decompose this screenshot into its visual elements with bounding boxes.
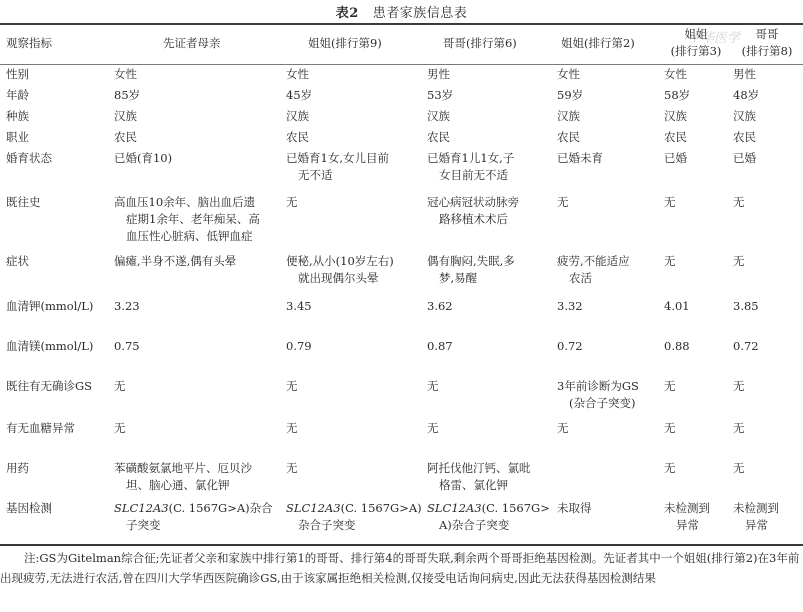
cell-line: 异常 <box>664 517 710 534</box>
cell-line: 汉族 <box>286 108 309 125</box>
table-cell: 3.45 <box>286 298 312 315</box>
cell-line: 农民 <box>557 129 580 146</box>
table-cell: 已婚未育 <box>557 150 603 167</box>
table-cell: 已婚 <box>733 150 756 167</box>
table-cell: 0.79 <box>286 338 312 355</box>
table-cell: SLC12A3(C. 1567G>A)杂合子突变 <box>286 500 422 534</box>
table-cell: 0.72 <box>557 338 583 355</box>
cell-line: 汉族 <box>664 108 687 125</box>
table-cell: 无 <box>557 420 569 437</box>
cell-line: 女性 <box>557 66 580 83</box>
cell-line: 无 <box>427 378 439 395</box>
cell-line: 苯磺酸氨氯地平片、厄贝沙 <box>114 460 252 477</box>
variant-text: (C. 1567G>A) <box>341 501 422 515</box>
cell-line: 已婚(育10) <box>114 150 172 167</box>
table-cell: 已婚育1女,女儿目前无不适 <box>286 150 389 184</box>
table-cell: 无 <box>664 194 676 211</box>
cell-line: 无 <box>286 194 298 211</box>
cell-line: 3.85 <box>733 298 759 315</box>
table-cell: 无 <box>286 420 298 437</box>
cell-line: 症期1余年、老年痴呆、高 <box>114 211 260 228</box>
row-label: 血清镁(mmol/L) <box>6 338 93 355</box>
cell-line: A)杂合子突变 <box>427 517 550 534</box>
cell-line: 无 <box>664 460 676 477</box>
table-cell: 汉族 <box>733 108 756 125</box>
table-cell: 偶有胸闷,失眠,多梦,易醒 <box>427 253 515 287</box>
header-brother-6: 哥哥(排行第6) <box>443 35 517 52</box>
cell-line: 未检测到 <box>733 500 779 517</box>
table-cell: 无 <box>114 378 126 395</box>
variant-text: (C. 1567G> <box>482 501 550 515</box>
cell-line: 4.01 <box>664 298 690 315</box>
cell-line: 3.32 <box>557 298 583 315</box>
table-cell: 高血压10余年、脑出血后遗症期1余年、老年痴呆、高血压性心脏病、低钾血症 <box>114 194 260 245</box>
header-rule <box>0 64 803 65</box>
cell-line: 3.23 <box>114 298 140 315</box>
table-note: 注:GS为Gitelman综合征;先证者父亲和家族中排行第1的哥哥、排行第4的哥… <box>0 548 803 588</box>
cell-line: 异常 <box>733 517 779 534</box>
cell-line: 无 <box>114 420 126 437</box>
cell-line: 农民 <box>114 129 137 146</box>
cell-line: 0.79 <box>286 338 312 355</box>
cell-line: 女性 <box>114 66 137 83</box>
cell-line: 偏瘫,半身不遂,偶有头晕 <box>114 253 236 270</box>
cell-line: 女性 <box>664 66 687 83</box>
table-cell: 女性 <box>557 66 580 83</box>
header-brother-8-line2: (排行第8) <box>731 43 803 60</box>
table-cell: 未检测到异常 <box>664 500 710 534</box>
cell-line: 未检测到 <box>664 500 710 517</box>
table-cell: 无 <box>286 460 298 477</box>
cell-line: 就出现偶尔头晕 <box>286 270 394 287</box>
row-label: 年龄 <box>6 87 29 104</box>
cell-line: (杂合子突变) <box>557 395 639 412</box>
row-label: 基因检测 <box>6 500 52 517</box>
cell-line: 已婚未育 <box>557 150 603 167</box>
cell-line: 便秘,从小(10岁左右) <box>286 253 394 270</box>
table-cell: 冠心病冠状动脉旁路移植术术后 <box>427 194 519 228</box>
table-cell: SLC12A3(C. 1567G>A)杂合子突变 <box>114 500 273 534</box>
cell-line: 无 <box>733 420 745 437</box>
gene-name: SLC12A3 <box>286 501 341 515</box>
cell-line: 无 <box>427 420 439 437</box>
header-sister-3: 姐姐 (排行第3) <box>660 26 732 60</box>
table-caption: 表2患者家族信息表 <box>0 2 803 21</box>
cell-line: 已婚育1女,女儿目前 <box>286 150 389 167</box>
table-cell: 53岁 <box>427 87 453 104</box>
row-label: 有无血糖异常 <box>6 420 75 437</box>
cell-line: 血压性心脏病、低钾血症 <box>114 228 260 245</box>
header-brother-8: 哥哥 (排行第8) <box>731 26 803 60</box>
cell-line: 坦、脑心通、氯化钾 <box>114 477 252 494</box>
row-label: 既往史 <box>6 194 41 211</box>
cell-line: 杂合子突变 <box>286 517 422 534</box>
cell-line: 无 <box>733 194 745 211</box>
cell-line: 59岁 <box>557 87 583 104</box>
cell-line: SLC12A3(C. 1567G>A)杂合 <box>114 500 273 517</box>
table-cell: 便秘,从小(10岁左右)就出现偶尔头晕 <box>286 253 394 287</box>
cell-line: 0.72 <box>557 338 583 355</box>
table-cell: 3.32 <box>557 298 583 315</box>
cell-line: 无 <box>557 194 569 211</box>
table-cell: 汉族 <box>557 108 580 125</box>
table-cell: 3年前诊断为GS(杂合子突变) <box>557 378 639 412</box>
table-cell: 3.23 <box>114 298 140 315</box>
gene-name: SLC12A3 <box>427 501 482 515</box>
header-sister-3-line1: 姐姐 <box>660 26 732 43</box>
table-cell: 无 <box>664 420 676 437</box>
table-cell: 无 <box>557 194 569 211</box>
cell-line: 男性 <box>733 66 756 83</box>
table-cell: 阿托伐他汀钙、氯吡格雷、氯化钾 <box>427 460 531 494</box>
cell-line: 无 <box>286 460 298 477</box>
cell-line: 0.88 <box>664 338 690 355</box>
cell-line: 已婚 <box>733 150 756 167</box>
cell-line: 女性 <box>286 66 309 83</box>
table-cell: 汉族 <box>114 108 137 125</box>
cell-line: 85岁 <box>114 87 140 104</box>
table-cell: 45岁 <box>286 87 312 104</box>
table-cell: 女性 <box>114 66 137 83</box>
table-cell: 偏瘫,半身不遂,偶有头晕 <box>114 253 236 270</box>
cell-line: 汉族 <box>114 108 137 125</box>
cell-line: 未取得 <box>557 500 592 517</box>
table-cell: 农民 <box>286 129 309 146</box>
table-cell: 已婚育1儿1女,子女目前无不适 <box>427 150 514 184</box>
table-cell: 85岁 <box>114 87 140 104</box>
header-brother-8-line1: 哥哥 <box>731 26 803 43</box>
table-cell: 无 <box>733 420 745 437</box>
table-cell: 无 <box>664 253 676 270</box>
cell-line: 3.62 <box>427 298 453 315</box>
table-cell: 男性 <box>733 66 756 83</box>
cell-line: 汉族 <box>427 108 450 125</box>
cell-line: 阿托伐他汀钙、氯吡 <box>427 460 531 477</box>
row-label: 症状 <box>6 253 29 270</box>
table-cell: 48岁 <box>733 87 759 104</box>
table-cell: 无 <box>733 378 745 395</box>
cell-line: 3年前诊断为GS <box>557 378 639 395</box>
table-cell: 农民 <box>733 129 756 146</box>
cell-line: 无 <box>664 420 676 437</box>
cell-line: 汉族 <box>557 108 580 125</box>
table-cell: 无 <box>733 194 745 211</box>
table-cell: 无 <box>286 378 298 395</box>
table-cell: 无 <box>427 420 439 437</box>
cell-line: 女目前无不适 <box>427 167 514 184</box>
cell-line: 梦,易醒 <box>427 270 515 287</box>
row-label: 用药 <box>6 460 29 477</box>
table-cell: 0.88 <box>664 338 690 355</box>
header-sister-2: 姐姐(排行第2) <box>561 35 635 52</box>
header-indicator: 观察指标 <box>6 35 52 52</box>
table-cell: SLC12A3(C. 1567G>A)杂合子突变 <box>427 500 550 534</box>
table-cell: 已婚(育10) <box>114 150 172 167</box>
row-label: 既往有无确诊GS <box>6 378 92 395</box>
cell-line: 无 <box>114 378 126 395</box>
cell-line: 冠心病冠状动脉旁 <box>427 194 519 211</box>
table-cell: 59岁 <box>557 87 583 104</box>
cell-line: 0.72 <box>733 338 759 355</box>
row-label: 性别 <box>6 66 29 83</box>
table-cell: 汉族 <box>664 108 687 125</box>
header-sister-3-line2: (排行第3) <box>660 43 732 60</box>
cell-line: 无 <box>286 378 298 395</box>
cell-line: 已婚 <box>664 150 687 167</box>
table-cell: 农民 <box>664 129 687 146</box>
cell-line: 无 <box>733 460 745 477</box>
table-cell: 男性 <box>427 66 450 83</box>
table-cell: 农民 <box>557 129 580 146</box>
cell-line: 无 <box>733 378 745 395</box>
table-cell: 无 <box>664 460 676 477</box>
top-rule <box>0 23 803 25</box>
cell-line: 偶有胸闷,失眠,多 <box>427 253 515 270</box>
cell-line: 农民 <box>286 129 309 146</box>
cell-line: 农活 <box>557 270 630 287</box>
table-cell: 3.85 <box>733 298 759 315</box>
cell-line: 无 <box>664 253 676 270</box>
table-cell: 未检测到异常 <box>733 500 779 534</box>
table-cell: 农民 <box>114 129 137 146</box>
cell-line: 路移植术术后 <box>427 211 519 228</box>
cell-line: 子突变 <box>114 517 273 534</box>
row-label: 种族 <box>6 108 29 125</box>
gene-name: SLC12A3 <box>114 501 169 515</box>
table-cell: 0.87 <box>427 338 453 355</box>
table-cell: 58岁 <box>664 87 690 104</box>
table-number: 表2 <box>336 6 359 21</box>
row-label: 血清钾(mmol/L) <box>6 298 93 315</box>
bottom-rule <box>0 544 803 546</box>
cell-line: 疲劳,不能适应 <box>557 253 630 270</box>
table-cell: 无 <box>427 378 439 395</box>
table-title: 患者家族信息表 <box>373 6 468 21</box>
table-cell: 汉族 <box>427 108 450 125</box>
table-cell: 汉族 <box>286 108 309 125</box>
cell-line: 无 <box>557 420 569 437</box>
table-cell: 女性 <box>664 66 687 83</box>
table-cell: 疲劳,不能适应农活 <box>557 253 630 287</box>
cell-line: 无 <box>664 194 676 211</box>
header-mother: 先证者母亲 <box>163 35 221 52</box>
cell-line: 无 <box>733 253 745 270</box>
cell-line: 农民 <box>733 129 756 146</box>
cell-line: 农民 <box>664 129 687 146</box>
cell-line: 0.87 <box>427 338 453 355</box>
cell-line: 无 <box>664 378 676 395</box>
cell-line: 0.75 <box>114 338 140 355</box>
table-cell: 4.01 <box>664 298 690 315</box>
cell-line: SLC12A3(C. 1567G> <box>427 500 550 517</box>
cell-line: 男性 <box>427 66 450 83</box>
table-cell: 已婚 <box>664 150 687 167</box>
cell-line: 53岁 <box>427 87 453 104</box>
cell-line: 无 <box>286 420 298 437</box>
cell-line: 格雷、氯化钾 <box>427 477 531 494</box>
cell-line: 无不适 <box>286 167 389 184</box>
table-cell: 农民 <box>427 129 450 146</box>
table-cell: 苯磺酸氨氯地平片、厄贝沙坦、脑心通、氯化钾 <box>114 460 252 494</box>
row-label: 婚育状态 <box>6 150 52 167</box>
table-cell: 无 <box>733 253 745 270</box>
cell-line: 农民 <box>427 129 450 146</box>
cell-line: 58岁 <box>664 87 690 104</box>
table-cell: 无 <box>114 420 126 437</box>
table-cell: 无 <box>286 194 298 211</box>
header-sister-9: 姐姐(排行第9) <box>308 35 382 52</box>
table-cell: 女性 <box>286 66 309 83</box>
cell-line: 48岁 <box>733 87 759 104</box>
table-cell: 0.72 <box>733 338 759 355</box>
row-label: 职业 <box>6 129 29 146</box>
cell-line: SLC12A3(C. 1567G>A) <box>286 500 422 517</box>
variant-text: (C. 1567G>A)杂合 <box>169 501 273 515</box>
table-cell: 3.62 <box>427 298 453 315</box>
table-cell: 未取得 <box>557 500 592 517</box>
cell-line: 高血压10余年、脑出血后遗 <box>114 194 260 211</box>
table-cell: 0.75 <box>114 338 140 355</box>
cell-line: 汉族 <box>733 108 756 125</box>
cell-line: 3.45 <box>286 298 312 315</box>
table-cell: 无 <box>664 378 676 395</box>
cell-line: 45岁 <box>286 87 312 104</box>
table-cell: 无 <box>733 460 745 477</box>
cell-line: 已婚育1儿1女,子 <box>427 150 514 167</box>
